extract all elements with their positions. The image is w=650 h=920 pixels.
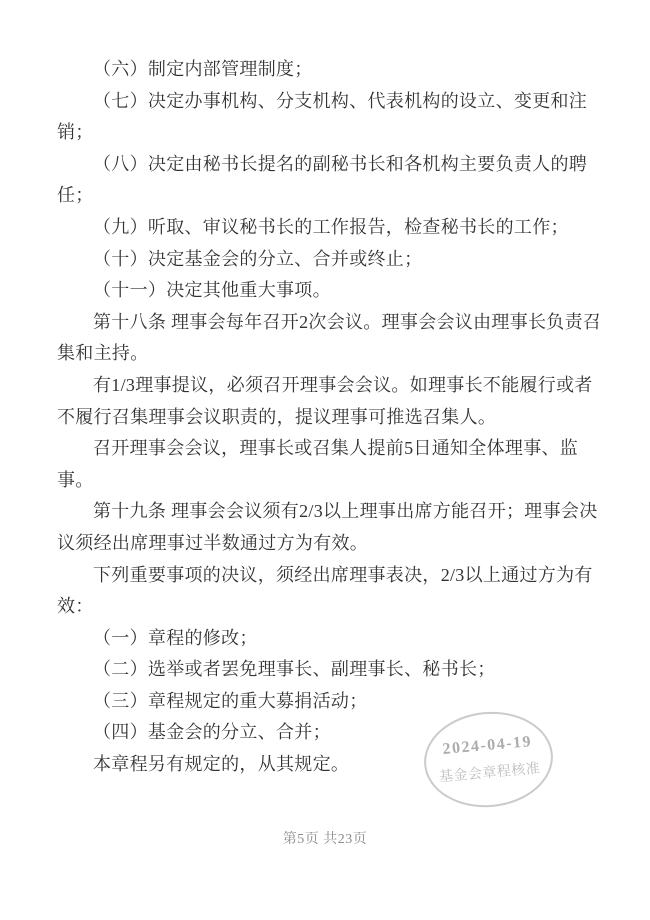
text-line: （一）章程的修改； bbox=[57, 623, 593, 655]
text-line: （十一）决定其他重大事项。 bbox=[57, 275, 593, 307]
text-line: （九）听取、审议秘书长的工作报告，检查秘书长的工作； bbox=[57, 212, 593, 244]
document-page: （六）制定内部管理制度； （七）决定办事机构、分支机构、代表机构的设立、变更和注… bbox=[0, 0, 650, 920]
text-line: 事。 bbox=[57, 465, 593, 497]
text-line: 第十八条 理事会每年召开2次会议。理事会会议由理事长负责召 bbox=[57, 307, 593, 339]
text-line: 议须经出席理事过半数通过方为有效。 bbox=[57, 528, 593, 560]
text-line: 有1/3理事提议，必须召开理事会会议。如理事长不能履行或者 bbox=[57, 370, 593, 402]
text-line: 召开理事会会议，理事长或召集人提前5日通知全体理事、监 bbox=[57, 433, 593, 465]
text-line: 不履行召集理事会议职责的，提议理事可推选召集人。 bbox=[57, 402, 593, 434]
text-line: （八）决定由秘书长提名的副秘书长和各机构主要负责人的聘 bbox=[57, 149, 593, 181]
text-line: 第十九条 理事会会议须有2/3以上理事出席方能召开；理事会决 bbox=[57, 496, 593, 528]
stamp-date: 2024-04-19 bbox=[442, 733, 533, 759]
text-line: 效： bbox=[57, 591, 593, 623]
text-line: （二）选举或者罢免理事长、副理事长、秘书长； bbox=[57, 654, 593, 686]
text-line: （六）制定内部管理制度； bbox=[57, 54, 593, 86]
stamp-label: 基金会章程核准 bbox=[438, 758, 541, 787]
text-line: 任； bbox=[57, 180, 593, 212]
text-line: （七）决定办事机构、分支机构、代表机构的设立、变更和注 bbox=[57, 86, 593, 118]
page-number: 第5页 共23页 bbox=[0, 828, 650, 848]
text-line: （十）决定基金会的分立、合并或终止； bbox=[57, 244, 593, 276]
text-line: （三）章程规定的重大募捐活动； bbox=[57, 686, 593, 718]
text-line: 销； bbox=[57, 117, 593, 149]
text-line: 下列重要事项的决议，须经出席理事表决，2/3以上通过方为有 bbox=[57, 560, 593, 592]
text-line: 集和主持。 bbox=[57, 338, 593, 370]
document-body: （六）制定内部管理制度； （七）决定办事机构、分支机构、代表机构的设立、变更和注… bbox=[57, 54, 593, 781]
